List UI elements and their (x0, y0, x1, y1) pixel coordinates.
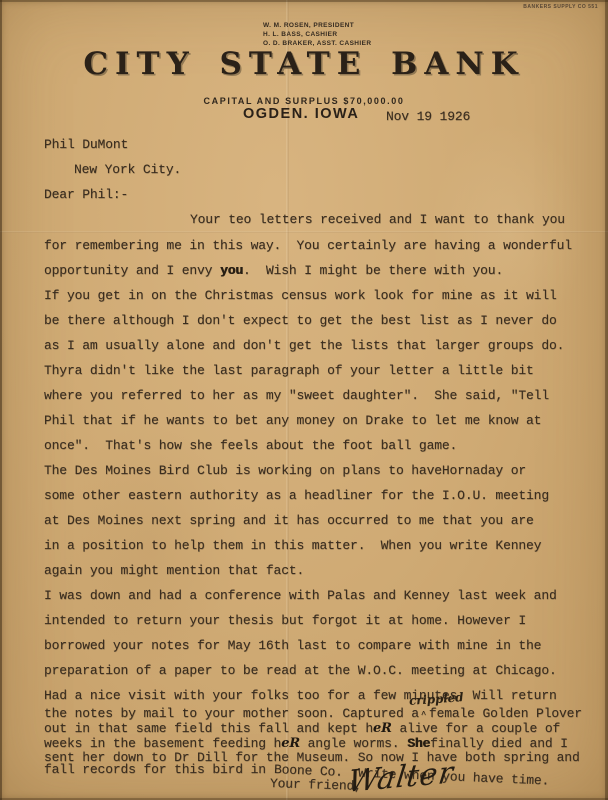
typed-line: some other eastern authority as a headli… (44, 488, 549, 503)
typed-line: fall records for this bird in Boone Co. … (44, 762, 549, 777)
typed-line: If you get in on the Christmas census wo… (44, 288, 557, 303)
salutation: Dear Phil:- (44, 187, 128, 202)
typed-line: I was down and had a conference with Pal… (44, 588, 557, 603)
typed-fragment: alive for a couple of (392, 721, 560, 736)
recipient-city: New York City. (74, 162, 181, 177)
capital-surplus-line: CAPITAL AND SURPLUS $70,000.00 (0, 96, 608, 106)
typed-line: for remembering me in this way. You cert… (44, 238, 572, 253)
typed-line: again you might mention that fact. (44, 563, 304, 578)
typed-line: intended to return your thesis but forgo… (44, 613, 526, 628)
typed-line: weeks in the basement feeding heR angle … (44, 736, 568, 751)
fold-crease-horizontal (0, 231, 608, 233)
typed-line: The Des Moines Bird Club is working on p… (44, 463, 526, 478)
typed-line: out in that same field this fall and kep… (44, 721, 560, 736)
overtyped-word: She (407, 736, 430, 751)
letter-page: BANKERS SUPPLY CO 551 W. M. ROSEN, PRESI… (0, 0, 608, 800)
typed-line: once". That's how she feels about the fo… (44, 438, 457, 453)
typed-fragment: out in that same field this fall and kep… (44, 721, 373, 736)
typed-fragment: weeks in the basement feeding h (44, 736, 281, 751)
handwritten-correction: eR (373, 721, 392, 736)
caret-mark: ^ (421, 710, 426, 720)
typed-line: preparation of a paper to be read at the… (44, 663, 557, 678)
bank-name: CITY STATE BANK (0, 46, 608, 82)
typed-line: Had a nice visit with your folks too for… (44, 688, 557, 703)
typed-fragment: fall records for this bird in (44, 762, 274, 777)
handwritten-correction: eR (281, 736, 300, 751)
recipient-name: Phil DuMont (44, 137, 128, 152)
typed-line: Your teo letters received and I want to … (190, 212, 565, 227)
overtyped-word: you (220, 263, 243, 278)
typed-fragment: finally died and I (430, 736, 568, 751)
bank-officers-block: W. M. ROSEN, PRESIDENT H. L. BASS, CASHI… (263, 21, 371, 48)
bank-location: OGDEN. IOWA (243, 106, 359, 122)
typed-line: at Des Moines next spring and it has occ… (44, 513, 534, 528)
typed-line: as I am usually alone and don't get the … (44, 338, 564, 353)
officer-line: H. L. BASS, CASHIER (263, 30, 371, 39)
typed-fragment: . Wish I might be there with you. (243, 263, 503, 278)
insertion-point: ^crippled (419, 707, 429, 717)
typed-line: the notes by mail to your mother soon. C… (44, 706, 582, 721)
typed-fragment: female Golden Plover (429, 706, 582, 721)
typed-line: be there although I don't expect to get … (44, 313, 557, 328)
typed-fragment: angle worms. (300, 736, 407, 751)
paper-highlight (428, 120, 588, 340)
typed-line: Thyra didn't like the last paragraph of … (44, 363, 534, 378)
typed-fragment: opportunity and I envy (44, 263, 220, 278)
typed-line: where you referred to her as my "sweet d… (44, 388, 549, 403)
typed-line: opportunity and I envy you. Wish I might… (44, 263, 503, 278)
typed-line: borrowed your notes for May 16th last to… (44, 638, 541, 653)
typed-line: in a position to help them in this matte… (44, 538, 541, 553)
typed-fragment: the notes by mail to your mother soon. C… (44, 706, 419, 721)
officer-line: W. M. ROSEN, PRESIDENT (263, 21, 371, 30)
printer-mark: BANKERS SUPPLY CO 551 (523, 4, 598, 10)
typed-date: Nov 19 1926 (386, 109, 470, 124)
typed-line: Phil that if he wants to bet any money o… (44, 413, 541, 428)
